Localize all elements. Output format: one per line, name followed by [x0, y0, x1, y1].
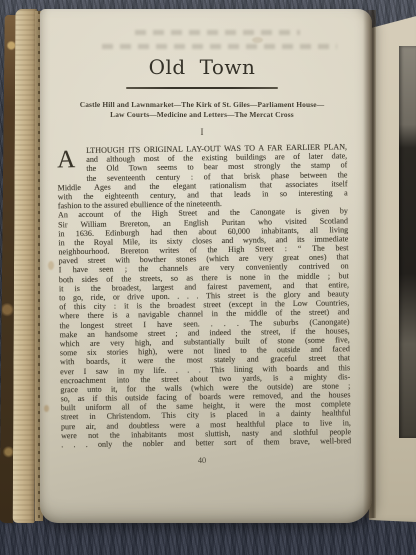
foxing-spot	[44, 405, 49, 412]
page-number: 40	[57, 454, 347, 467]
body-text: A LTHOUGH ITS ORIGINAL LAY-OUT WAS TO A …	[57, 142, 351, 449]
book-page: Old Town Castle Hill and Lawnmarket—The …	[40, 9, 372, 523]
drop-cap: A	[57, 147, 83, 174]
foxing-spot	[48, 261, 54, 270]
subtitle-line: Law Courts—Medicine and Letters—The Merc…	[57, 110, 347, 120]
book-photo-scene: Old Town Castle Hill and Lawnmarket—The …	[0, 0, 416, 555]
page-content: Old Town Castle Hill and Lawnmarket—The …	[57, 9, 347, 465]
paragraph-1: A LTHOUGH ITS ORIGINAL LAY-OUT WAS TO A …	[57, 142, 348, 210]
section-number: I	[57, 127, 347, 137]
photo-plate	[399, 46, 416, 438]
chapter-title: Old Town	[57, 56, 347, 78]
title-rule	[126, 87, 278, 89]
page-stack-edge	[13, 9, 38, 523]
subtitle-line: Castle Hill and Lawnmarket—The Kirk of S…	[57, 100, 347, 110]
paragraph-2-lines: An account of the High Street and the Ca…	[58, 207, 351, 450]
paragraph-2: An account of the High Street and the Ca…	[58, 207, 351, 450]
chapter-subtitle: Castle Hill and Lawnmarket—The Kirk of S…	[57, 100, 347, 119]
paragraph-1-lines: LTHOUGH ITS ORIGINAL LAY-OUT WAS TO A FA…	[57, 142, 348, 210]
page-gutter-shadow	[363, 10, 376, 518]
